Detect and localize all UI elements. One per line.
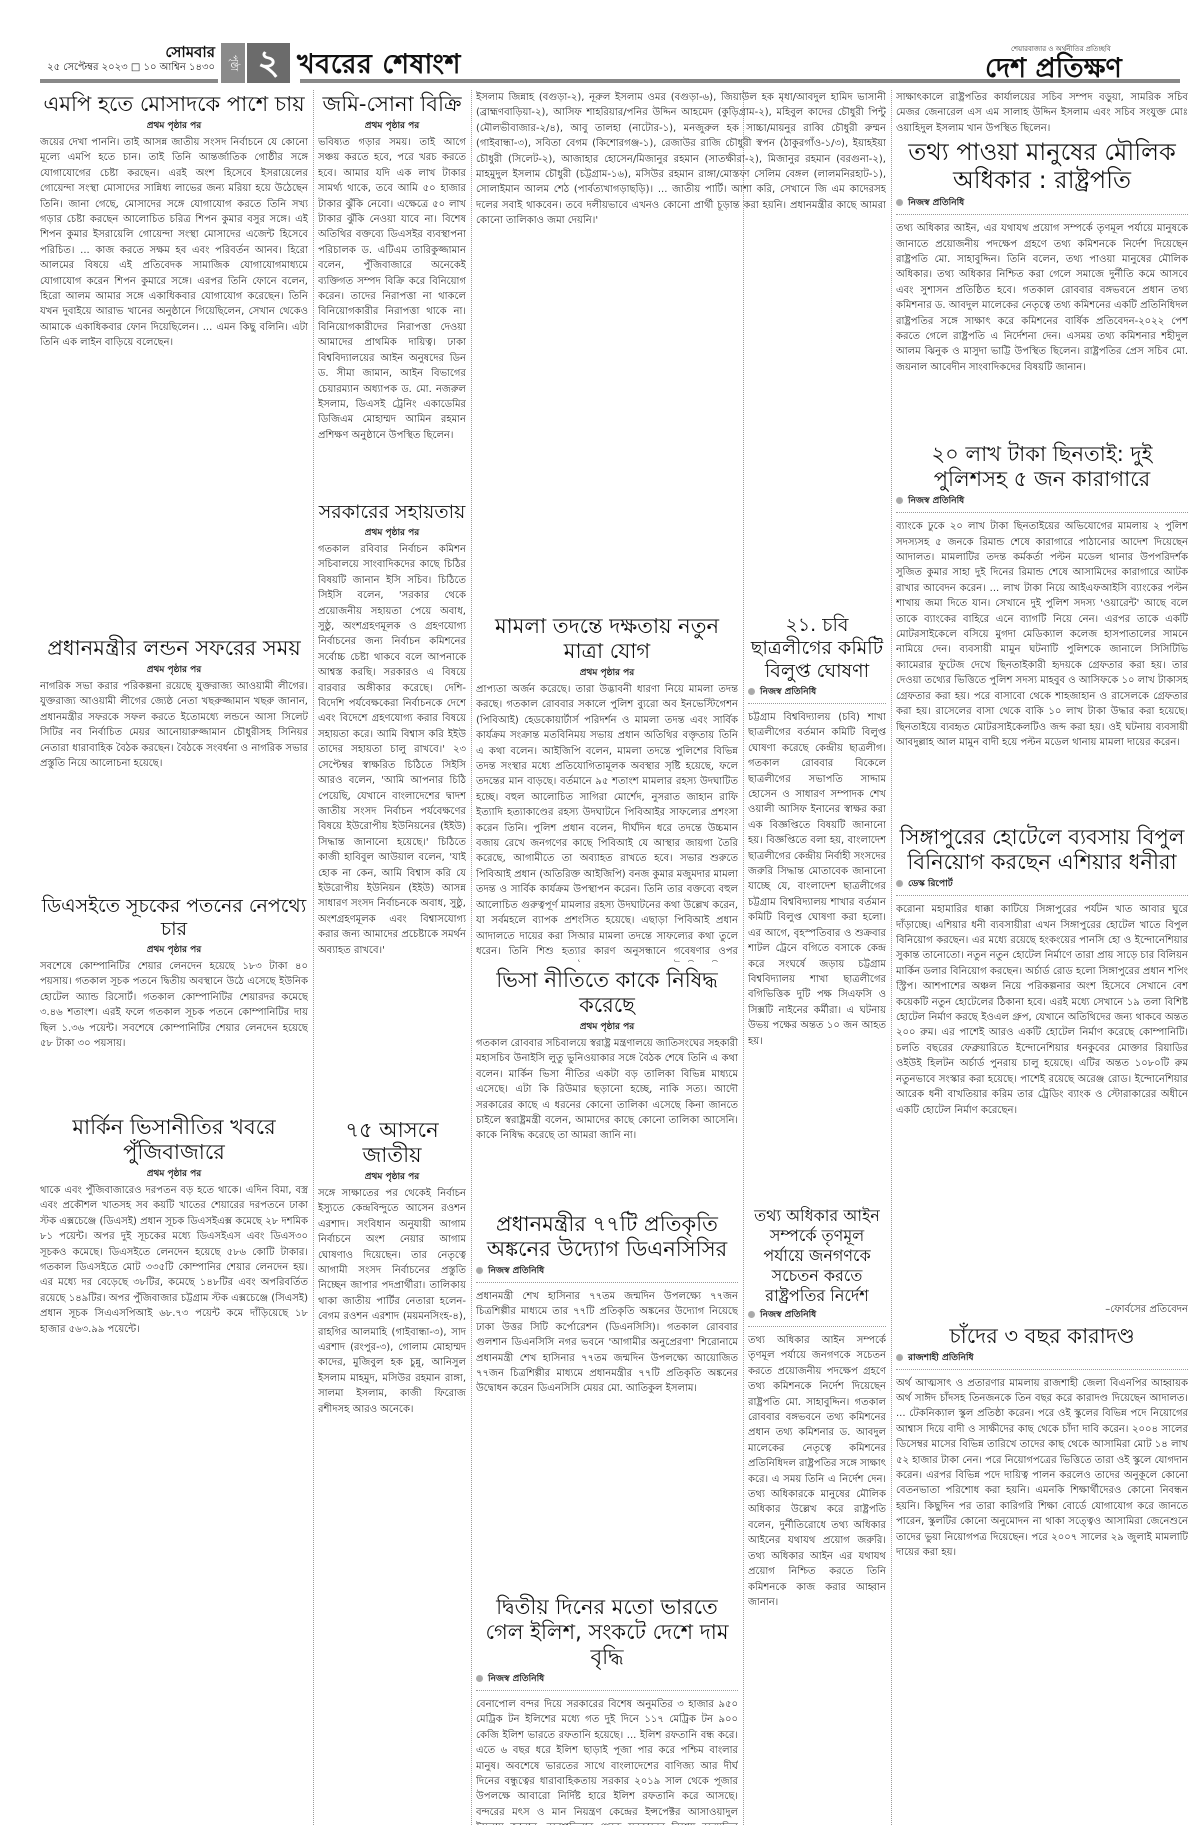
- headline[interactable]: প্রধানমন্ত্রীর ৭৭টি প্রতিকৃতি অঙ্কনের উদ…: [476, 1212, 738, 1262]
- article-body: গতকাল রোববার সচিবালয়ে স্বরাষ্ট্র মন্ত্র…: [476, 1036, 738, 1206]
- byline: নিজস্ব প্রতিনিধি: [748, 684, 886, 704]
- headline[interactable]: প্রধানমন্ত্রীর লন্ডন সফরের সময়: [40, 636, 308, 661]
- continued-label: প্রথম পৃষ্ঠার পর: [476, 1019, 738, 1034]
- headline[interactable]: তথ্য পাওয়া মানুষের মৌলিক অধিকার : রাষ্ট…: [896, 138, 1188, 194]
- column-divider: [471, 90, 472, 1825]
- article-robbery-police[interactable]: ২০ লাখ টাকা ছিনতাই: দুই পুলিশসহ ৫ জন কার…: [896, 442, 1188, 819]
- article-body: ব্যাংকে ঢুকে ২০ লাখ টাকা ছিনতাইয়ের অভিয…: [896, 519, 1188, 819]
- article-body: অর্থ আত্মসাৎ ও প্রতারণার মামলায় রাজশাহী…: [896, 1376, 1188, 1706]
- header-rule-right: [300, 79, 1180, 83]
- headline[interactable]: চাঁদের ৩ বছর কারাদণ্ড: [896, 1324, 1188, 1349]
- article-body: প্রধানমন্ত্রী শেখ হাসিনার ৭৭তম জন্মদিন উ…: [476, 1289, 738, 1589]
- bullet-icon: [476, 1267, 483, 1274]
- source-credit: –ফোর্বসের প্রতিবেদন: [896, 1302, 1188, 1317]
- headline[interactable]: তথ্য অধিকার আইন সম্পর্কে তৃণমূল পর্যায়ে…: [748, 1206, 886, 1306]
- headline[interactable]: সরকারের সহায়তায়: [318, 501, 466, 524]
- bullet-icon: [896, 1354, 903, 1361]
- page-label: পৃষ্ঠা: [221, 43, 245, 83]
- headline[interactable]: জমি-সোনা বিক্রি: [318, 92, 466, 117]
- weekday: সোমবার: [47, 44, 215, 61]
- byline-text: নিজস্ব প্রতিনিধি: [760, 687, 816, 697]
- article-body: নাগরিক সভা করার পরিকল্পনা রয়েছে যুক্তরা…: [40, 679, 308, 889]
- byline-text: রাজশাহী প্রতিনিধি: [908, 1353, 974, 1363]
- headline[interactable]: ৭৫ আসনে জাতীয়: [318, 1118, 466, 1168]
- column-5: সাক্ষাৎকালে রাষ্ট্রপতির কার্যালয়ের সচিব…: [896, 90, 1188, 1825]
- continued-label: প্রথম পৃষ্ঠার পর: [40, 1166, 308, 1181]
- bullet-icon: [476, 1675, 483, 1682]
- byline: নিজস্ব প্রতিনিধি: [476, 1263, 738, 1283]
- byline-text: নিজস্ব প্রতিনিধি: [488, 1266, 544, 1276]
- byline: নিজস্ব প্রতিনিধি: [896, 195, 1188, 215]
- article-body: থাকে এবং পুঁজিবাজারেও দরপতন বড় হতে থাকে…: [40, 1183, 308, 1603]
- article-pm-portraits[interactable]: প্রধানমন্ত্রীর ৭৭টি প্রতিকৃতি অঙ্কনের উদ…: [476, 1212, 738, 1589]
- article-body: চট্টগ্রাম বিশ্ববিদ্যালয় (চবি) শাখা ছাত্…: [748, 710, 886, 1200]
- masthead: সোমবার ২৫ সেপ্টেম্বর ২০২৩ □ ১০ আশ্বিন ১৪…: [0, 0, 1200, 75]
- column-divider: [891, 90, 892, 1825]
- article-body: সবশেষে কোম্পানিটির শেয়ার লেনদেন হয়েছে …: [40, 959, 308, 1109]
- headline[interactable]: ভিসা নীতিতে কাকে নিষিদ্ধ করেছে: [476, 968, 738, 1018]
- article-govt-support[interactable]: সরকারের সহায়তায় প্রথম পৃষ্ঠার পর গতকাল…: [318, 501, 466, 1112]
- article-case-investigation[interactable]: মামলা তদন্তে দক্ষতায় নতুন মাত্রা যোগ প্…: [476, 614, 738, 962]
- article-intro: সাক্ষাৎকালে রাষ্ট্রপতির কার্যালয়ের সচিব…: [896, 90, 1188, 136]
- headline[interactable]: সিঙ্গাপুরের হোটেলে ব্যবসায় বিপুল বিনিয়…: [896, 825, 1188, 875]
- bullet-icon: [748, 1311, 755, 1318]
- article-us-visa-market[interactable]: মার্কিন ভিসানীতির খবরে পুঁজিবাজারে প্রথম…: [40, 1115, 308, 1603]
- article-mp-mossad[interactable]: এমপি হতে মোসাদকে পাশে চায় প্রথম পৃষ্ঠার…: [40, 92, 308, 630]
- article-body: তথ্য অধিকার আইন সম্পর্কে তৃণমূল পর্যায়ে…: [748, 1333, 886, 1733]
- bullet-icon: [896, 880, 903, 887]
- byline: নিজস্ব প্রতিনিধি: [896, 493, 1188, 513]
- continued-label: প্রথম পৃষ্ঠার পর: [40, 942, 308, 957]
- byline-text: নিজস্ব প্রতিনিধি: [908, 496, 964, 506]
- article-land-gold[interactable]: জমি-সোনা বিক্রি প্রথম পৃষ্ঠার পর ভবিষ্যত…: [318, 92, 466, 495]
- continued-label: প্রথম পৃষ্ঠার পর: [40, 118, 308, 133]
- headline[interactable]: মার্কিন ভিসানীতির খবরে পুঁজিবাজারে: [40, 1115, 308, 1165]
- article-rti-president-short[interactable]: তথ্য অধিকার আইন সম্পর্কে তৃণমূল পর্যায়ে…: [748, 1206, 886, 1733]
- column-divider: [313, 90, 314, 1825]
- article-jatiya-75[interactable]: ৭৫ আসনে জাতীয় প্রথম পৃষ্ঠার পর সঙ্গে সা…: [318, 1118, 466, 1806]
- article-rti-president[interactable]: সাক্ষাৎকালে রাষ্ট্রপতির কার্যালয়ের সচিব…: [896, 90, 1188, 436]
- byline: রাজশাহী প্রতিনিধি: [896, 1350, 1188, 1370]
- date-line: ২৫ সেপ্টেম্বর ২০২৩ □ ১০ আশ্বিন ১৪৩০: [47, 61, 215, 74]
- bullet-icon: [896, 199, 903, 206]
- continued-label: প্রথম পৃষ্ঠার পর: [318, 525, 466, 540]
- article-body: করোনা মহামারির ধাক্কা কাটিয়ে সিঙ্গাপুরে…: [896, 902, 1188, 1302]
- article-singapore-hotels[interactable]: সিঙ্গাপুরের হোটেলে ব্যবসায় বিপুল বিনিয়…: [896, 825, 1188, 1317]
- headline[interactable]: এমপি হতে মোসাদকে পাশে চায়: [40, 92, 308, 117]
- article-chand-jail[interactable]: চাঁদের ৩ বছর কারাদণ্ড রাজশাহী প্রতিনিধি …: [896, 1324, 1188, 1706]
- article-body: ইসলাম জিন্নাহ (বগুড়া-২), নূরুল ইসলাম ওম…: [476, 90, 886, 229]
- byline-text: নিজস্ব প্রতিনিধি: [488, 1674, 544, 1684]
- continued-label: প্রথম পৃষ্ঠার পর: [40, 662, 308, 677]
- headline[interactable]: ২০ লাখ টাকা ছিনতাই: দুই পুলিশসহ ৫ জন কার…: [896, 442, 1188, 492]
- bullet-icon: [748, 688, 755, 695]
- header-rule-left: [40, 79, 218, 83]
- byline: নিজস্ব প্রতিনিধি: [476, 1671, 738, 1691]
- column-2: জমি-সোনা বিক্রি প্রথম পৃষ্ঠার পর ভবিষ্যত…: [318, 90, 466, 1825]
- continued-label: প্রথম পৃষ্ঠার পর: [476, 665, 738, 680]
- article-hilsa-india[interactable]: দ্বিতীয় দিনের মতো ভারতে গেল ইলিশ, সংকটে…: [476, 1595, 738, 1825]
- article-pm-london[interactable]: প্রধানমন্ত্রীর লন্ডন সফরের সময় প্রথম পৃ…: [40, 636, 308, 889]
- candidates-list-block: ইসলাম জিন্নাহ (বগুড়া-২), নূরুল ইসলাম ওম…: [476, 90, 886, 610]
- bullet-icon: [896, 497, 903, 504]
- page-number: ২: [247, 43, 290, 83]
- byline-text: নিজস্ব প্রতিনিধি: [760, 1310, 816, 1320]
- date-block: সোমবার ২৫ সেপ্টেম্বর ২০২৩ □ ১০ আশ্বিন ১৪…: [47, 44, 215, 74]
- continued-label: প্রথম পৃষ্ঠার পর: [318, 1169, 466, 1184]
- article-bcl-committee[interactable]: ২১. চবি ছাত্রলীগের কমিটি বিলুপ্ত ঘোষণা ন…: [748, 614, 886, 1200]
- byline-text: নিজস্ব প্রতিনিধি: [908, 198, 964, 208]
- article-body: বেনাপোল বন্দর দিয়ে সরকারের বিশেষ অনুমতি…: [476, 1697, 738, 1825]
- byline: নিজস্ব প্রতিনিধি: [748, 1307, 886, 1327]
- continued-label: প্রথম পৃষ্ঠার পর: [318, 118, 466, 133]
- headline[interactable]: ২১. চবি ছাত্রলীগের কমিটি বিলুপ্ত ঘোষণা: [748, 614, 886, 683]
- article-body: জয়ের দেখা পাননি। তাই আসন্ন জাতীয় সংসদ …: [40, 135, 308, 630]
- headline[interactable]: দ্বিতীয় দিনের মতো ভারতে গেল ইলিশ, সংকটে…: [476, 1595, 738, 1670]
- byline: ডেস্ক রিপোর্ট: [896, 876, 1188, 896]
- article-dse-index[interactable]: ডিএসইতে সূচকের পতনের নেপথ্যে চার প্রথম প…: [40, 895, 308, 1109]
- column-3: মামলা তদন্তে দক্ষতায় নতুন মাত্রা যোগ প্…: [476, 612, 738, 1825]
- article-body: সঙ্গে সাক্ষাতের পর থেকেই নির্বাচন ইস্যুত…: [318, 1186, 466, 1806]
- article-body: প্রাপ্যতা অর্জন করেছে। তারা উদ্ভাবনী ধার…: [476, 682, 738, 962]
- byline-text: ডেস্ক রিপোর্ট: [908, 879, 953, 889]
- article-visa-policy[interactable]: ভিসা নীতিতে কাকে নিষিদ্ধ করেছে প্রথম পৃষ…: [476, 968, 738, 1206]
- column-1: এমপি হতে মোসাদকে পাশে চায় প্রথম পৃষ্ঠার…: [40, 90, 308, 1825]
- headline[interactable]: ডিএসইতে সূচকের পতনের নেপথ্যে চার: [40, 895, 308, 941]
- article-body: ভবিষ্যত গড়ার সময়। তাই আগে সঞ্চয় করতে …: [318, 135, 466, 495]
- column-4: ২১. চবি ছাত্রলীগের কমিটি বিলুপ্ত ঘোষণা ন…: [748, 612, 886, 1825]
- headline[interactable]: মামলা তদন্তে দক্ষতায় নতুন মাত্রা যোগ: [476, 614, 738, 664]
- article-body: তথ্য অধিকার আইন, এর যথাযথ প্রয়োগ সম্পর্…: [896, 221, 1188, 436]
- article-body: গতকাল রবিবার নির্বাচন কমিশন সচিবালয়ে সা…: [318, 542, 466, 1112]
